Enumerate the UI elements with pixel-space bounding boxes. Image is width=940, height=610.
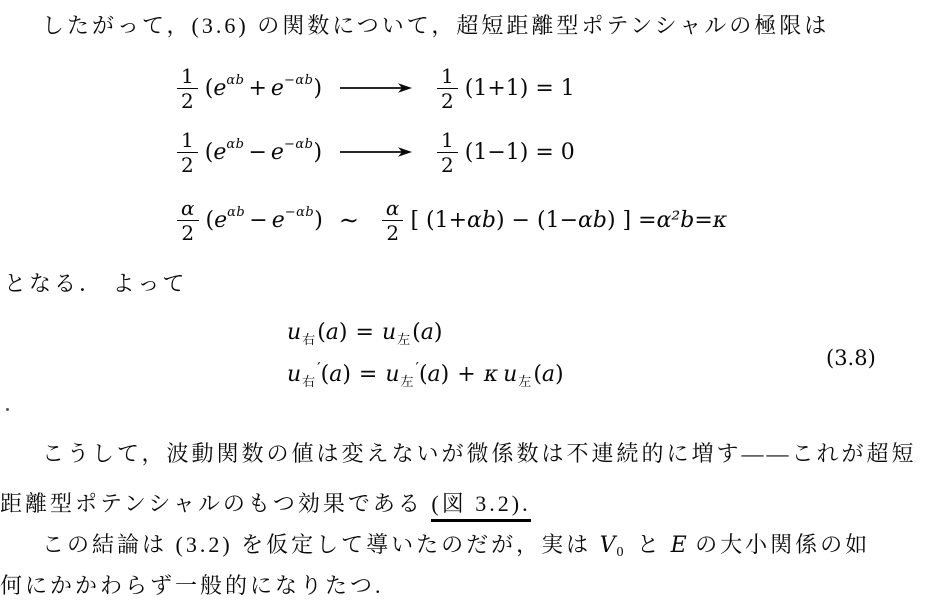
- fraction-one-half: 1 2: [437, 129, 458, 176]
- argument-a: a: [421, 320, 434, 345]
- fraction-denominator: 2: [386, 221, 399, 244]
- open-paren: (: [533, 362, 542, 387]
- open-paren: (: [205, 140, 214, 165]
- equation-alpha-expansion: α 2 (eαb−e−αb) ∼ α 2 [ (1+αb) − (1−αb) ]…: [170, 192, 727, 248]
- u-function: u: [503, 362, 517, 387]
- long-right-arrow-icon: [340, 145, 412, 159]
- fraction-one-half: 1 2: [177, 129, 198, 176]
- fraction-alpha-half: α 2: [177, 197, 199, 244]
- long-right-arrow-icon: [340, 81, 412, 95]
- conclusion-text: と: [629, 532, 671, 557]
- V0-subscript: 0: [617, 545, 627, 560]
- argument-a: a: [326, 320, 339, 345]
- paragraph-result-line2: 距離型ポテンシャルのもつ効果である (図 3.2).: [0, 490, 531, 518]
- exponent: αb: [227, 205, 245, 220]
- operator-minus: −: [249, 208, 267, 233]
- result-line2-text: 距離型ポテンシャルのもつ効果である: [0, 491, 431, 516]
- equals-sign: =: [356, 320, 374, 345]
- fraction-denominator: 2: [181, 221, 194, 244]
- exponent: −αb: [285, 205, 315, 220]
- u-function: u: [385, 362, 399, 387]
- exp-base: e: [272, 208, 285, 233]
- fraction-one-half: 1 2: [177, 65, 198, 112]
- subscript-left: 左: [401, 371, 414, 390]
- prime-mark: ′: [416, 359, 419, 377]
- connector-sentence: となる． よって: [4, 270, 188, 298]
- kappa-symbol: κ: [484, 362, 498, 387]
- equation-result: (1−1) = 0: [465, 140, 575, 165]
- equation-cosh-limit: 1 2 (eαb+e−αb) 1 2 (1+1) = 1: [170, 60, 575, 116]
- subscript-left: 左: [518, 371, 531, 390]
- bracket-open-run: [ (1+: [410, 208, 467, 233]
- exp-base: e: [271, 76, 284, 101]
- alpha-b-term: αb: [467, 208, 496, 233]
- open-paren: (: [412, 320, 421, 345]
- open-paren: (: [205, 76, 214, 101]
- argument-a: a: [428, 362, 441, 387]
- potential-V0-symbol: V: [600, 533, 616, 558]
- paragraph-intro: したがって，(3.6) の関数について，超短距離型ポテンシャルの極限は: [0, 12, 829, 40]
- energy-E-symbol: E: [671, 533, 687, 558]
- fraction-numerator: 1: [177, 65, 198, 89]
- equation-38-line1: u右(a)=u左(a): [287, 310, 442, 354]
- close-paren: ): [441, 362, 450, 387]
- prime-mark: ′: [317, 359, 320, 377]
- fraction-numerator: 1: [437, 65, 458, 89]
- fraction-numerator: α: [382, 197, 404, 221]
- u-function: u: [287, 320, 301, 345]
- operator-plus: +: [248, 76, 266, 101]
- equation-number-3-8: (3.8): [826, 346, 876, 370]
- fraction-denominator: 2: [181, 153, 194, 176]
- close-paren: ): [434, 320, 443, 345]
- close-paren: ): [313, 76, 322, 101]
- exponent: αb: [226, 137, 244, 152]
- open-paren: (: [321, 362, 330, 387]
- fraction-one-half: 1 2: [437, 65, 458, 112]
- u-function: u: [287, 362, 301, 387]
- exp-base: e: [213, 140, 226, 165]
- fraction-numerator: 1: [437, 129, 458, 153]
- subscript-left: 左: [397, 329, 410, 348]
- close-paren: ): [339, 320, 348, 345]
- subscript-right: 右: [302, 329, 315, 348]
- conclusion-text: この結論は (3.2) を仮定して導いたのだが，実は: [42, 532, 600, 557]
- plus-sign: +: [457, 362, 475, 387]
- open-paren: (: [419, 362, 428, 387]
- fraction-denominator: 2: [441, 153, 454, 176]
- close-paren: ): [555, 362, 564, 387]
- argument-a: a: [329, 362, 342, 387]
- fraction-denominator: 2: [181, 89, 194, 112]
- operator-minus: −: [248, 140, 266, 165]
- scan-speck-dot: [6, 408, 9, 411]
- kappa-symbol: κ: [713, 208, 727, 233]
- paragraph-conclusion-line1: この結論は (3.2) を仮定して導いたのだが，実は V0 と E の大小関係の…: [0, 531, 870, 563]
- figure-3-2-reference: (図 3.2).: [431, 491, 530, 522]
- conclusion-text: の大小関係の如: [687, 532, 871, 557]
- subscript-right: 右: [302, 371, 315, 390]
- equation-38-line2: u右′(a)=u左′(a)+κu左(a): [287, 352, 564, 396]
- fraction-numerator: α: [177, 197, 199, 221]
- exp-base: e: [213, 76, 226, 101]
- exponent: αb: [226, 73, 244, 88]
- bracket-close-run: ) ] =: [607, 208, 657, 233]
- close-paren: ): [314, 208, 323, 233]
- equation-result: (1+1) = 1: [465, 76, 575, 101]
- equals-sign: =: [359, 362, 377, 387]
- paragraph-conclusion-line2: 何にかかわらず一般的になりたつ.: [0, 572, 384, 600]
- close-paren: ): [313, 140, 322, 165]
- exponent: −αb: [284, 73, 314, 88]
- equals-run: =: [694, 208, 712, 233]
- open-paren: (: [317, 320, 326, 345]
- tilde-operator: ∼: [339, 206, 359, 234]
- exp-base: e: [214, 208, 227, 233]
- alpha-b-term: αb: [578, 208, 607, 233]
- close-paren: ): [342, 362, 351, 387]
- fraction-numerator: 1: [177, 129, 198, 153]
- fraction-denominator: 2: [441, 89, 454, 112]
- equation-sinh-limit: 1 2 (eαb−e−αb) 1 2 (1−1) = 0: [170, 124, 575, 180]
- alpha-squared-b: α²b: [657, 208, 695, 233]
- exp-base: e: [271, 140, 284, 165]
- open-paren: (: [206, 208, 215, 233]
- textbook-page: したがって，(3.6) の関数について，超短距離型ポテンシャルの極限は 1 2 …: [0, 0, 940, 610]
- exponent: −αb: [284, 137, 314, 152]
- u-function: u: [382, 320, 396, 345]
- fraction-alpha-half: α 2: [382, 197, 404, 244]
- middle-run: ) − (1−: [496, 208, 578, 233]
- paragraph-result-line1: こうして，波動関数の値は変えないが微係数は不連続的に増す——これが超短: [0, 440, 917, 468]
- argument-a: a: [542, 362, 555, 387]
